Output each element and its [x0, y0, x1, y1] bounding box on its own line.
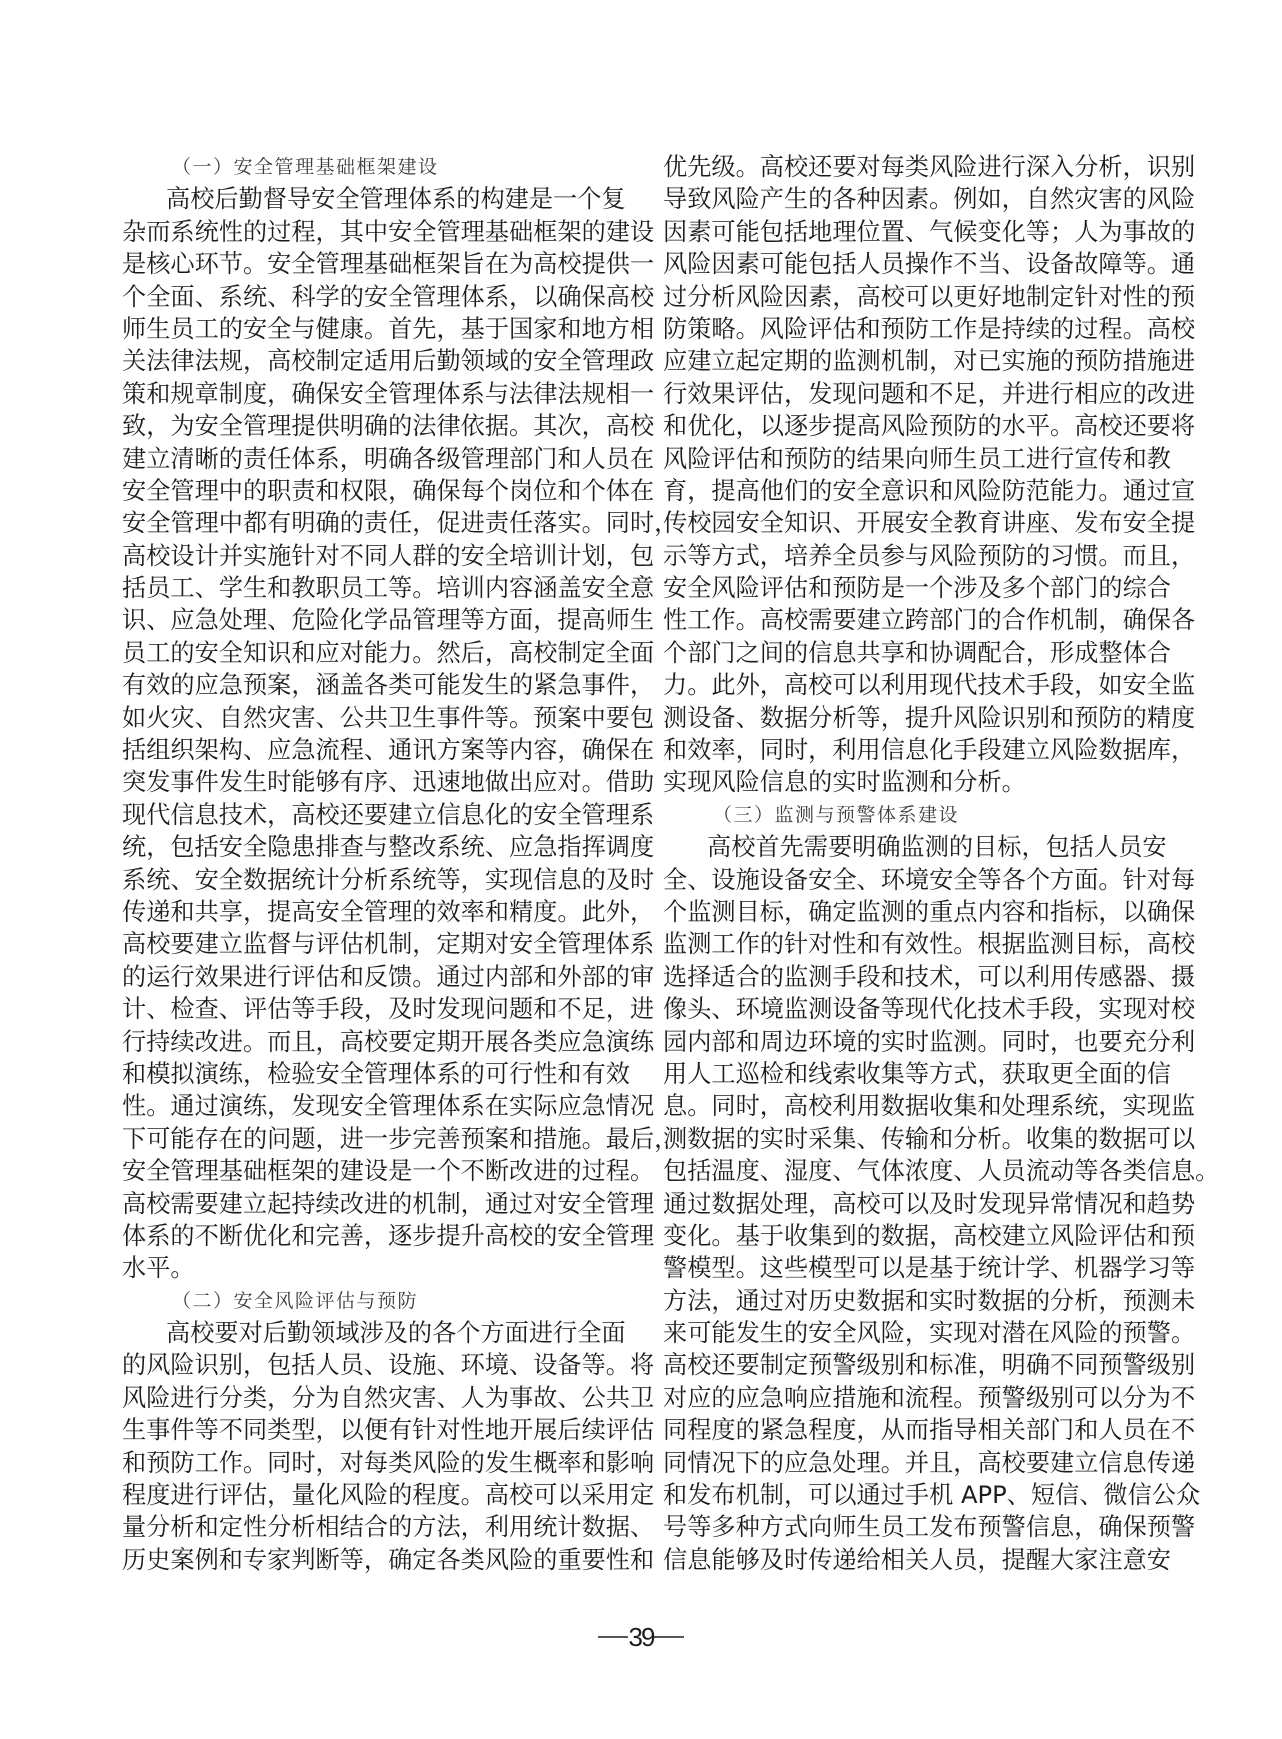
body-text-line: 计、检查、评估等手段，及时发现问题和不足，进: [122, 993, 618, 1025]
body-text-line: 全、设施设备安全、环境安全等各个方面。针对每: [663, 864, 1159, 896]
body-text-line: 识、应急处理、危险化学品管理等方面，提高师生: [122, 604, 618, 636]
body-text-line: 历史案例和专家判断等，确定各类风险的重要性和: [122, 1544, 618, 1576]
body-text-line: 高校要对后勤领域涉及的各个方面进行全面: [122, 1317, 618, 1349]
body-text-line: 和发布机制，可以通过手机 APP、短信、微信公众: [663, 1479, 1159, 1511]
body-text-line: 风险评估和预防的结果向师生员工进行宣传和教: [663, 443, 1159, 475]
body-text-line: 测设备、数据分析等，提升风险识别和预防的精度: [663, 702, 1159, 734]
body-text-line: 力。此外，高校可以利用现代技术手段，如安全监: [663, 669, 1159, 701]
body-text-line: 和模拟演练，检验安全管理体系的可行性和有效: [122, 1058, 618, 1090]
body-text-line: 下可能存在的问题，进一步完善预案和措施。最后，: [122, 1123, 618, 1155]
body-text-line: 系统、安全数据统计分析系统等，实现信息的及时: [122, 864, 618, 896]
body-text-line: 息。同时，高校利用数据收集和处理系统，实现监: [663, 1090, 1159, 1122]
body-text-line: 性。通过演练，发现安全管理体系在实际应急情况: [122, 1090, 618, 1122]
body-text-line: 包括温度、湿度、气体浓度、人员流动等各类信息。: [663, 1155, 1159, 1187]
body-text-line: 突发事件发生时能够有序、迅速地做出应对。借助: [122, 766, 618, 798]
body-text-line: 高校还要制定预警级别和标准，明确不同预警级别: [663, 1349, 1159, 1381]
body-text-line: 杂而系统性的过程，其中安全管理基础框架的建设: [122, 216, 618, 248]
body-text-line: 同情况下的应急处理。并且，高校要建立信息传递: [663, 1447, 1159, 1479]
body-text-line: 用人工巡检和线索收集等方式，获取更全面的信: [663, 1058, 1159, 1090]
body-text-line: 有效的应急预案，涵盖各类可能发生的紧急事件，: [122, 669, 618, 701]
body-text-line: 师生员工的安全与健康。首先，基于国家和地方相: [122, 313, 618, 345]
body-text-line: 行效果评估，发现问题和不足，并进行相应的改进: [663, 378, 1159, 410]
body-text-line: 园内部和周边环境的实时监测。同时，也要充分利: [663, 1026, 1159, 1058]
document-page: （一）安全管理基础框架建设高校后勤督导安全管理体系的构建是一个复杂而系统性的过程…: [0, 0, 1282, 1739]
body-text-line: 和优化，以逐步提高风险预防的水平。高校还要将: [663, 410, 1159, 442]
body-text-line: 高校设计并实施针对不同人群的安全培训计划，包: [122, 540, 618, 572]
section-heading: （三）监测与预警体系建设: [663, 799, 1159, 831]
body-text-line: 策和规章制度，确保安全管理体系与法律法规相一: [122, 378, 618, 410]
body-text-line: 高校需要建立起持续改进的机制，通过对安全管理: [122, 1188, 618, 1220]
page-number: 39: [0, 1620, 1282, 1654]
body-text-line: 程度进行评估，量化风险的程度。高校可以采用定: [122, 1479, 618, 1511]
body-text-line: 和预防工作。同时，对每类风险的发生概率和影响: [122, 1447, 618, 1479]
body-text-line: 通过数据处理，高校可以及时发现异常情况和趋势: [663, 1188, 1159, 1220]
body-text-line: 关法律法规，高校制定适用后勤领域的安全管理政: [122, 345, 618, 377]
body-text-line: 高校后勤督导安全管理体系的构建是一个复: [122, 183, 618, 215]
body-text-line: 和效率，同时，利用信息化手段建立风险数据库，: [663, 734, 1159, 766]
body-text-line: 统，包括安全隐患排查与整改系统、应急指挥调度: [122, 831, 618, 863]
body-text-line: 示等方式，培养全员参与风险预防的习惯。而且，: [663, 540, 1159, 572]
body-text-line: 致，为安全管理提供明确的法律依据。其次，高校: [122, 410, 618, 442]
body-text-line: 体系的不断优化和完善，逐步提升高校的安全管理: [122, 1220, 618, 1252]
body-text-line: 变化。基于收集到的数据，高校建立风险评估和预: [663, 1220, 1159, 1252]
body-text-line: 括组织架构、应急流程、通讯方案等内容，确保在: [122, 734, 618, 766]
page-number-text: 39: [628, 1620, 655, 1654]
body-text-line: 生事件等不同类型，以便有针对性地开展后续评估: [122, 1414, 618, 1446]
body-text-line: 警模型。这些模型可以是基于统计学、机器学习等: [663, 1252, 1159, 1284]
body-text-line: 高校要建立监督与评估机制，定期对安全管理体系: [122, 928, 618, 960]
page-number-rule-left: [598, 1636, 628, 1638]
body-text-line: 防策略。风险评估和预防工作是持续的过程。高校: [663, 313, 1159, 345]
body-text-line: 监测工作的针对性和有效性。根据监测目标，高校: [663, 928, 1159, 960]
body-text-line: 性工作。高校需要建立跨部门的合作机制，确保各: [663, 604, 1159, 636]
body-text-line: 个全面、系统、科学的安全管理体系，以确保高校: [122, 281, 618, 313]
body-text-line: 测数据的实时采集、传输和分析。收集的数据可以: [663, 1123, 1159, 1155]
body-text-line: 安全管理基础框架的建设是一个不断改进的过程。: [122, 1155, 618, 1187]
body-text-line: 员工的安全知识和应对能力。然后，高校制定全面: [122, 637, 618, 669]
body-text-line: 方法，通过对历史数据和实时数据的分析，预测未: [663, 1285, 1159, 1317]
body-text-line: 过分析风险因素，高校可以更好地制定针对性的预: [663, 281, 1159, 313]
body-text-line: 建立清晰的责任体系，明确各级管理部门和人员在: [122, 443, 618, 475]
body-text-line: 括员工、学生和教职员工等。培训内容涵盖安全意: [122, 572, 618, 604]
body-text-line: 号等多种方式向师生员工发布预警信息，确保预警: [663, 1511, 1159, 1543]
body-text-line: 优先级。高校还要对每类风险进行深入分析，识别: [663, 151, 1159, 183]
body-text-line: 个部门之间的信息共享和协调配合，形成整体合: [663, 637, 1159, 669]
body-text-line: 同程度的紧急程度，从而指导相关部门和人员在不: [663, 1414, 1159, 1446]
body-text-line: 来可能发生的安全风险，实现对潜在风险的预警。: [663, 1317, 1159, 1349]
left-column: （一）安全管理基础框架建设高校后勤督导安全管理体系的构建是一个复杂而系统性的过程…: [122, 151, 618, 1576]
body-text-line: 如火灾、自然灾害、公共卫生事件等。预案中要包: [122, 702, 618, 734]
body-text-line: 水平。: [122, 1252, 618, 1284]
body-text-line: 实现风险信息的实时监测和分析。: [663, 766, 1159, 798]
body-text-line: 量分析和定性分析相结合的方法，利用统计数据、: [122, 1511, 618, 1543]
body-text-line: 高校首先需要明确监测的目标，包括人员安: [663, 831, 1159, 863]
page-number-rule-right: [654, 1636, 684, 1638]
body-text-line: 对应的应急响应措施和流程。预警级别可以分为不: [663, 1382, 1159, 1414]
body-text-line: 传校园安全知识、开展安全教育讲座、发布安全提: [663, 507, 1159, 539]
body-text-line: 育，提高他们的安全意识和风险防范能力。通过宣: [663, 475, 1159, 507]
right-column: 优先级。高校还要对每类风险进行深入分析，识别导致风险产生的各种因素。例如，自然灾…: [663, 151, 1159, 1576]
body-text-line: 传递和共享，提高安全管理的效率和精度。此外，: [122, 896, 618, 928]
section-heading: （二）安全风险评估与预防: [122, 1285, 618, 1317]
body-text-line: 应建立起定期的监测机制，对已实施的预防措施进: [663, 345, 1159, 377]
body-text-line: 安全管理中都有明确的责任，促进责任落实。同时，: [122, 507, 618, 539]
body-text-line: 选择适合的监测手段和技术，可以利用传感器、摄: [663, 961, 1159, 993]
body-text-line: 风险进行分类，分为自然灾害、人为事故、公共卫: [122, 1382, 618, 1414]
body-text-line: 安全风险评估和预防是一个涉及多个部门的综合: [663, 572, 1159, 604]
body-text-line: 信息能够及时传递给相关人员，提醒大家注意安: [663, 1544, 1159, 1576]
body-text-line: 导致风险产生的各种因素。例如，自然灾害的风险: [663, 183, 1159, 215]
body-text-line: 是核心环节。安全管理基础框架旨在为高校提供一: [122, 248, 618, 280]
section-heading: （一）安全管理基础框架建设: [122, 151, 618, 183]
body-text-line: 像头、环境监测设备等现代化技术手段，实现对校: [663, 993, 1159, 1025]
body-text-line: 风险因素可能包括人员操作不当、设备故障等。通: [663, 248, 1159, 280]
body-text-line: 的运行效果进行评估和反馈。通过内部和外部的审: [122, 961, 618, 993]
body-text-line: 个监测目标，确定监测的重点内容和指标，以确保: [663, 896, 1159, 928]
body-text-line: 安全管理中的职责和权限，确保每个岗位和个体在: [122, 475, 618, 507]
body-text-line: 因素可能包括地理位置、气候变化等；人为事故的: [663, 216, 1159, 248]
body-text-line: 现代信息技术，高校还要建立信息化的安全管理系: [122, 799, 618, 831]
body-text-line: 的风险识别，包括人员、设施、环境、设备等。将: [122, 1349, 618, 1381]
body-text-line: 行持续改进。而且，高校要定期开展各类应急演练: [122, 1026, 618, 1058]
